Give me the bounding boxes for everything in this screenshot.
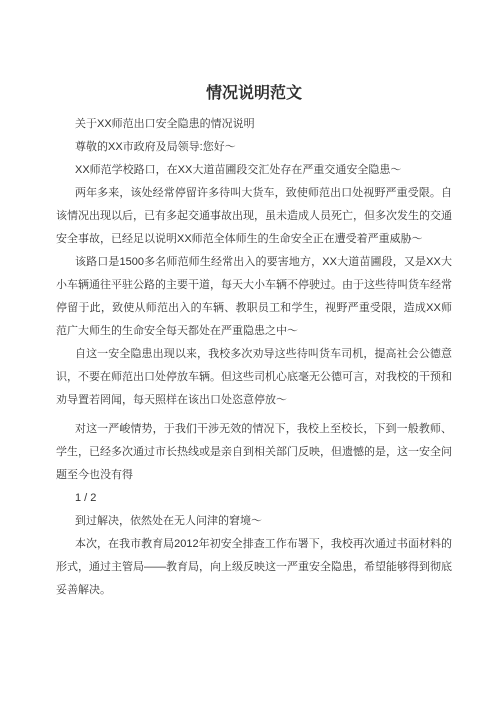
paragraph-salutation: 尊敬的XX市政府及局领导:您好～	[56, 136, 452, 159]
paragraph-closing-request: 本次，在我市教育局2012年初安全排查工作布署下，我校再次通过书面材料的形式，通…	[56, 533, 452, 602]
page-number-marker: 1 / 2	[56, 487, 452, 510]
paragraph-issue-summary: XX师范学校路口，在XX大道苗圃段交汇处存在严重交通安全隐患～	[56, 159, 452, 182]
paragraph-subject-line: 关于XX师范出口安全隐患的情况说明	[56, 113, 452, 136]
document-title: 情况说明范文	[56, 84, 452, 104]
paragraph-continuation: 到过解决，依然处在无人问津的窘境～	[56, 510, 452, 533]
paragraph-escalation: 对这一严峻情势，于我们干涉无效的情况下，我校上至校长，下到一般教师、学生，已经多…	[56, 418, 452, 487]
paragraph-persuasion-attempts: 自这一安全隐患出现以来，我校多次劝导这些待叫货车司机，提高社会公德意识，不要在师…	[56, 343, 452, 412]
document-page: 情况说明范文 关于XX师范出口安全隐患的情况说明 尊敬的XX市政府及局领导:您好…	[0, 0, 500, 707]
paragraph-intersection-detail: 该路口是1500多名师范师生经常出入的要害地方，XX大道苗圃段，又是XX大小车辆…	[56, 251, 452, 343]
paragraph-background: 两年多来，该处经常停留许多待叫大货车，致使师范出口处视野严重受限。自该情况出现以…	[56, 182, 452, 251]
